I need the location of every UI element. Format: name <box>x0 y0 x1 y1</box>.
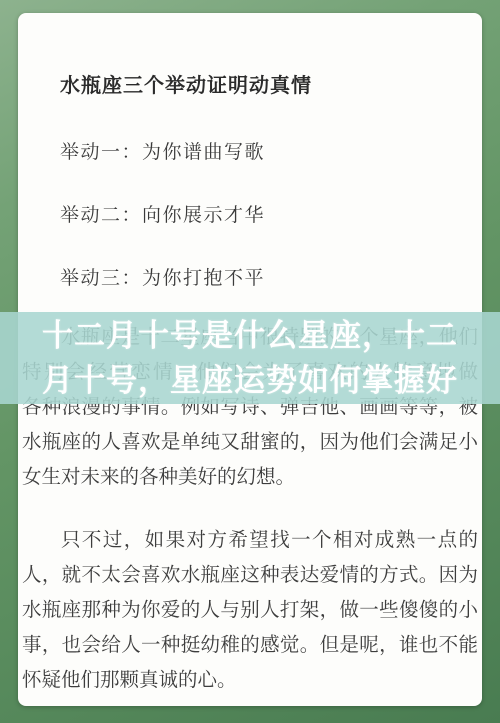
page-background: 水瓶座三个举动证明动真情 举动一：为你谱曲写歌 举动二：向你展示才华 举动三：为… <box>0 0 500 723</box>
title-overlay-banner: 十二月十号是什么星座，十二 月十号，星座运势如何掌握好 <box>0 312 500 404</box>
paragraph-1-line-4: 水瓶座的人喜欢是单纯又甜蜜的，因为他们会满足小 <box>22 425 478 460</box>
paragraph-2-line-5: 怀疑他们那颗真诚的心。 <box>22 663 478 698</box>
overlay-title: 十二月十号是什么星座，十二 月十号，星座运势如何掌握好 <box>0 313 500 403</box>
move-line-1: 举动一：为你谱曲写歌 <box>60 140 265 166</box>
overlay-title-line-2: 月十号，星座运势如何掌握好 <box>0 358 500 403</box>
move-line-2: 举动二：向你展示才华 <box>60 203 265 229</box>
paragraph-2: 只不过，如果对方希望找一个相对成熟一点的 人，就不太会喜欢水瓶座这种表达爱情的方… <box>22 523 478 698</box>
move-line-3: 举动三：为你打抱不平 <box>60 266 265 292</box>
paragraph-2-line-2: 人，就不太会喜欢水瓶座这种表达爱情的方式。因为 <box>22 558 478 593</box>
paragraph-2-line-4: 事，也会给人一种挺幼稚的感觉。但是呢，谁也不能 <box>22 628 478 663</box>
article-heading: 水瓶座三个举动证明动真情 <box>60 73 312 99</box>
paragraph-2-line-3: 水瓶座那种为你爱的人与别人打架，做一些傻傻的小 <box>22 593 478 628</box>
paragraph-2-line-1: 只不过，如果对方希望找一个相对成熟一点的 <box>22 523 478 558</box>
overlay-title-line-1: 十二月十号是什么星座，十二 <box>0 313 500 358</box>
paragraph-1-line-5: 女生对未来的各种美好的幻想。 <box>22 460 478 495</box>
